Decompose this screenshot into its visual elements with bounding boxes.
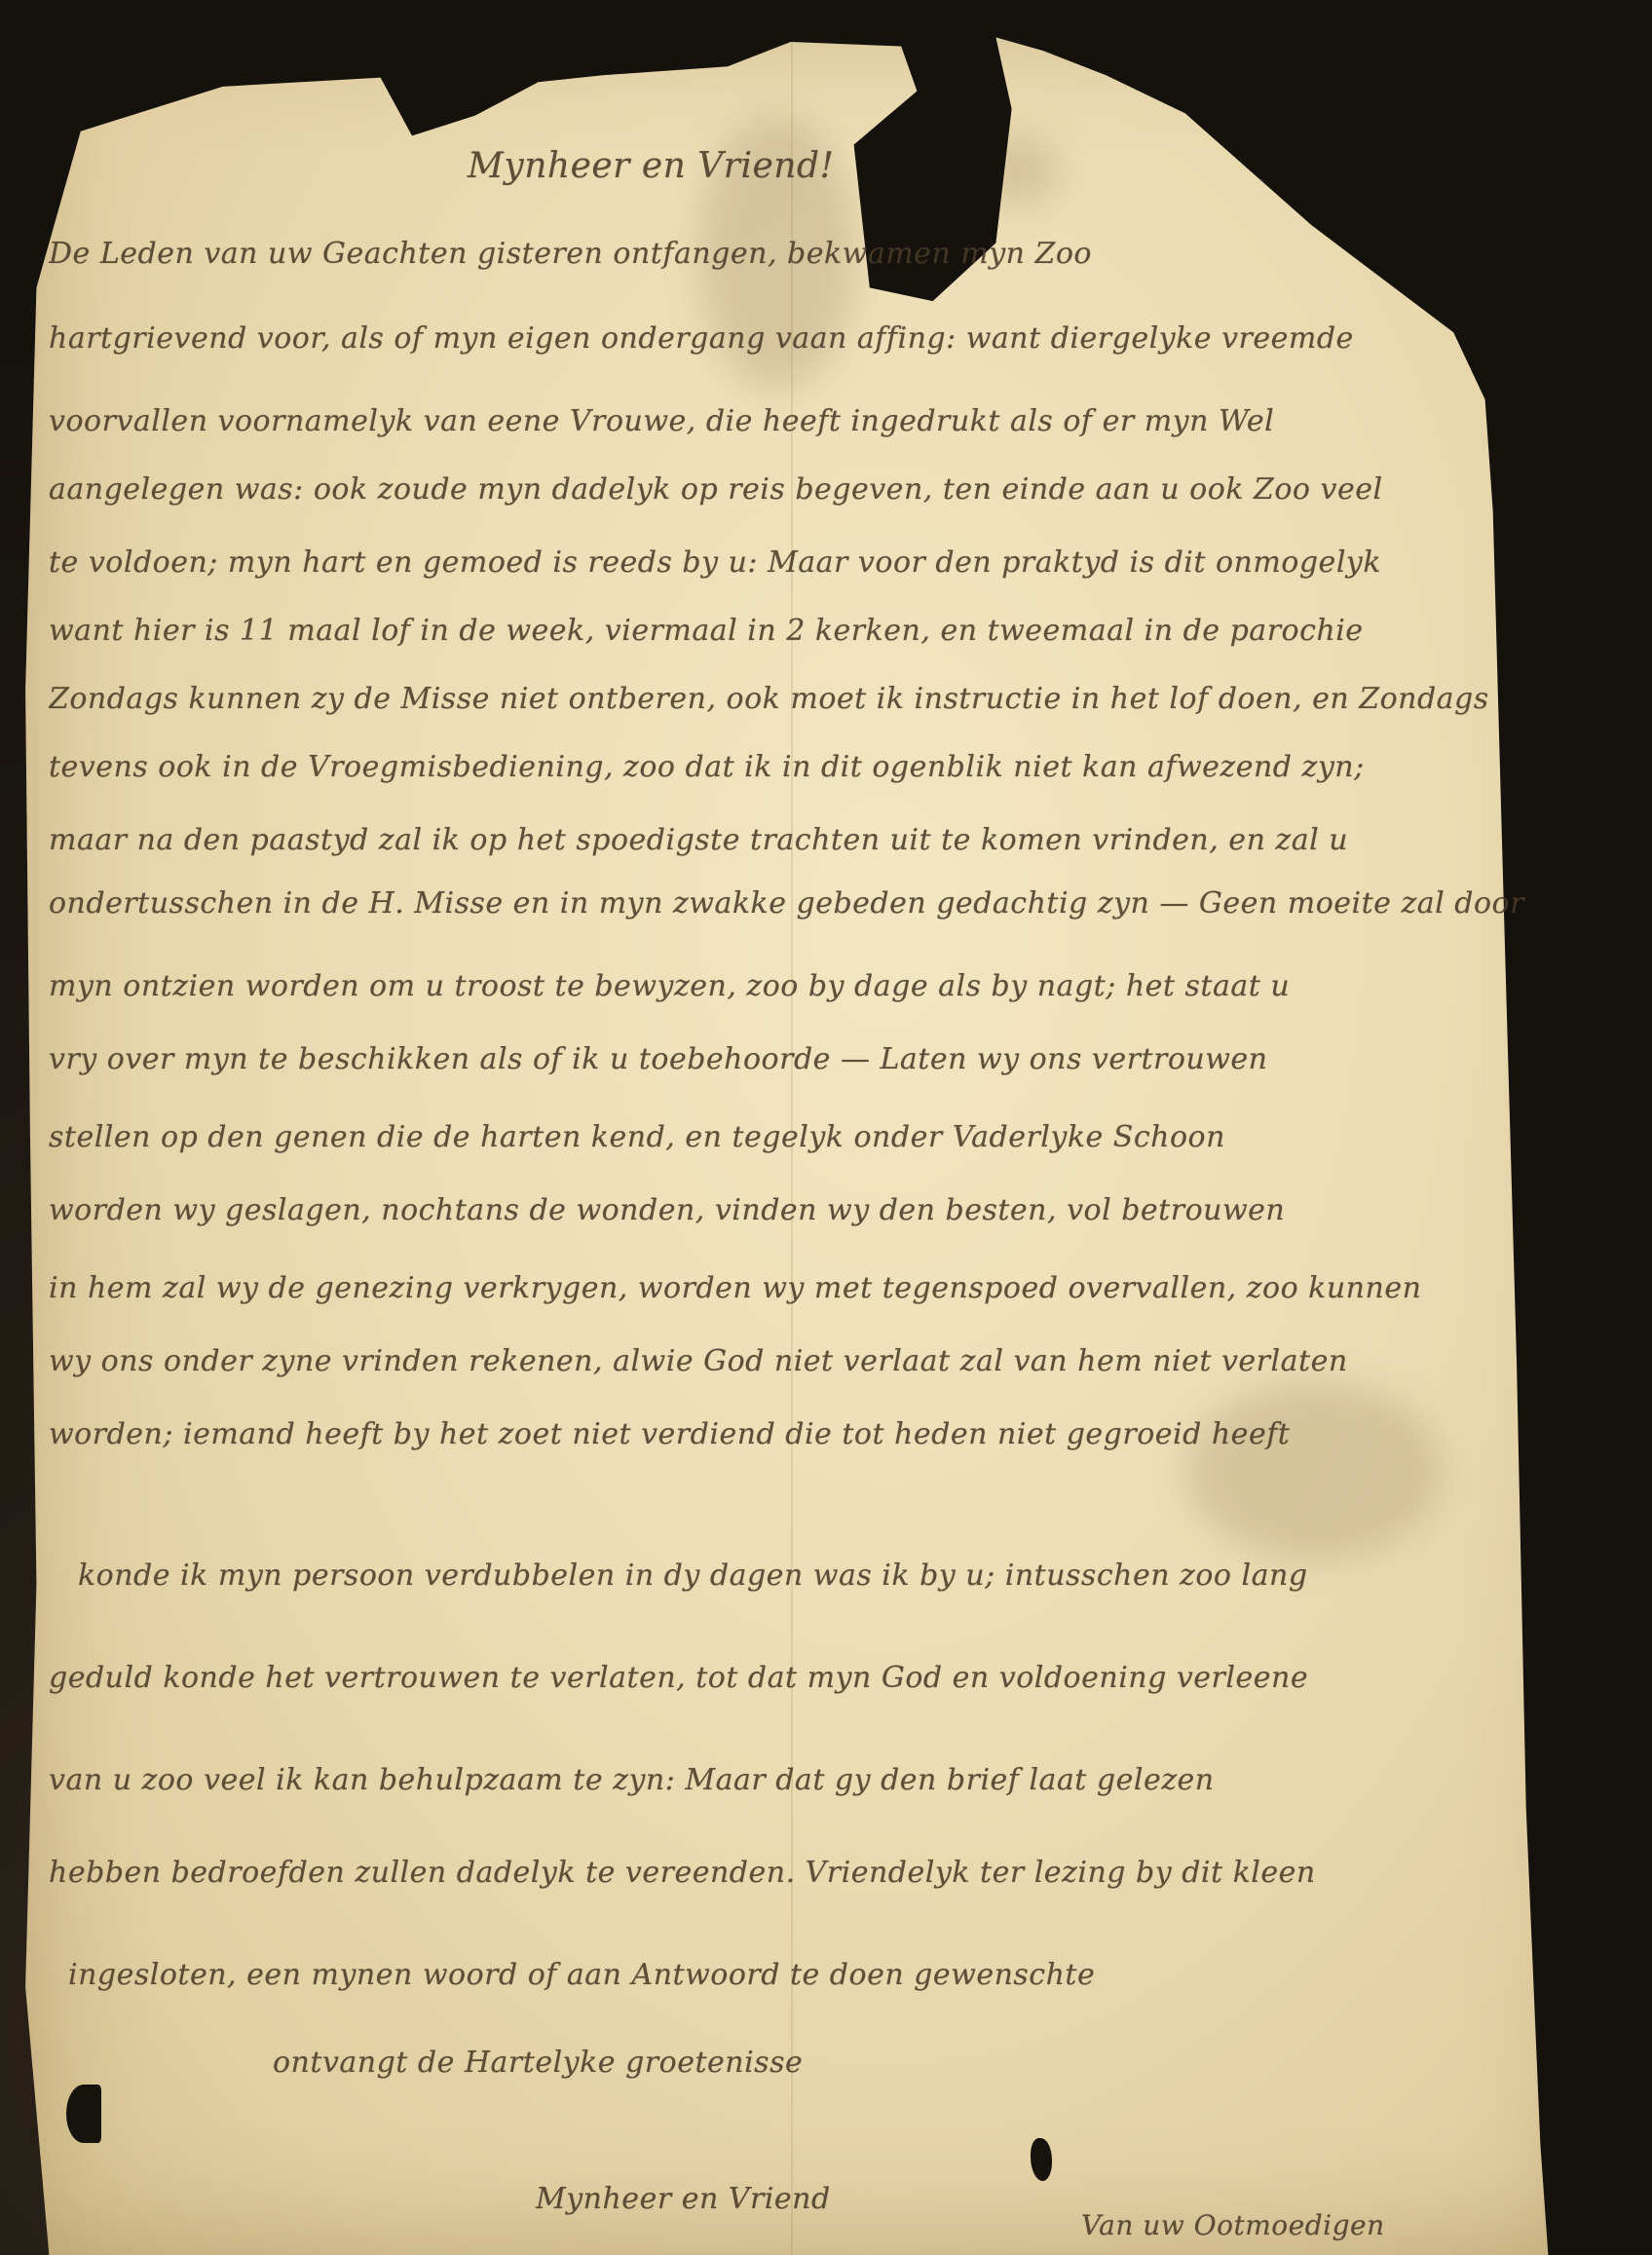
letter-line: te voldoen; myn hart en gemoed is reeds … <box>49 545 1568 580</box>
letter-line: worden wy geslagen, nochtans de wonden, … <box>49 1193 1568 1227</box>
letter-line: voorvallen voornamelyk van eene Vrouwe, … <box>49 404 1568 438</box>
letter-salutation: Mynheer en Vriend! <box>468 146 835 186</box>
letter-signoff: Van uw Ootmoedigen <box>1081 2209 1385 2241</box>
ink-blot <box>1639 1344 1651 1360</box>
letter-line: aangelegen was: ook zoude myn dadelyk op… <box>49 472 1568 507</box>
letter-line: De Leden van uw Geachten gisteren ontfan… <box>49 237 1568 271</box>
letter-line: in hem zal wy de genezing verkrygen, wor… <box>49 1271 1568 1305</box>
letter-line: konde ik myn persoon verdubbelen in dy d… <box>78 1559 1597 1593</box>
letter-line: Zondags kunnen zy de Misse niet ontberen… <box>49 682 1568 716</box>
letter-line: stellen op den genen die de harten kend,… <box>49 1120 1568 1154</box>
letter-closing: ontvangt de Hartelyke groetenisse <box>273 2046 803 2080</box>
letter-line: maar na den paastyd zal ik op het spoedi… <box>49 823 1568 857</box>
water-stain <box>1186 1383 1440 1559</box>
paper-tear <box>1031 2138 1052 2181</box>
letter-line: tevens ook in de Vroegmisbediening, zoo … <box>49 750 1568 784</box>
ink-blot <box>992 166 1001 179</box>
document-photo: Mynheer en Vriend! De Leden van uw Geach… <box>0 0 1652 2255</box>
letter-line: want hier is 11 maal lof in de week, vie… <box>49 614 1568 648</box>
letter-line: van u zoo veel ik kan behulpzaam te zyn:… <box>49 1763 1568 1797</box>
letter-line: hartgrievend voor, als of myn eigen onde… <box>49 321 1568 356</box>
water-stain <box>972 136 1060 205</box>
letter-line: myn ontzien worden om u troost te bewyze… <box>49 969 1568 1003</box>
letter-line: ingesloten, een mynen woord of aan Antwo… <box>68 1958 1588 1992</box>
letter-line: ondertusschen in de H. Misse en in myn z… <box>49 886 1568 921</box>
letter-line: wy ons onder zyne vrinden rekenen, alwie… <box>49 1344 1568 1378</box>
letter-line: geduld konde het vertrouwen te verlaten,… <box>49 1661 1568 1695</box>
paper-tear <box>66 2085 101 2143</box>
letter-line: vry over myn te beschikken als of ik u t… <box>49 1042 1568 1076</box>
paper-crease <box>1225 37 1346 229</box>
letter-line: hebben bedroefden zullen dadelyk te vere… <box>49 1856 1568 1890</box>
letter-signature: Mynheer en Vriend <box>536 2182 831 2216</box>
letter-line: worden; iemand heeft by het zoet niet ve… <box>49 1417 1568 1451</box>
